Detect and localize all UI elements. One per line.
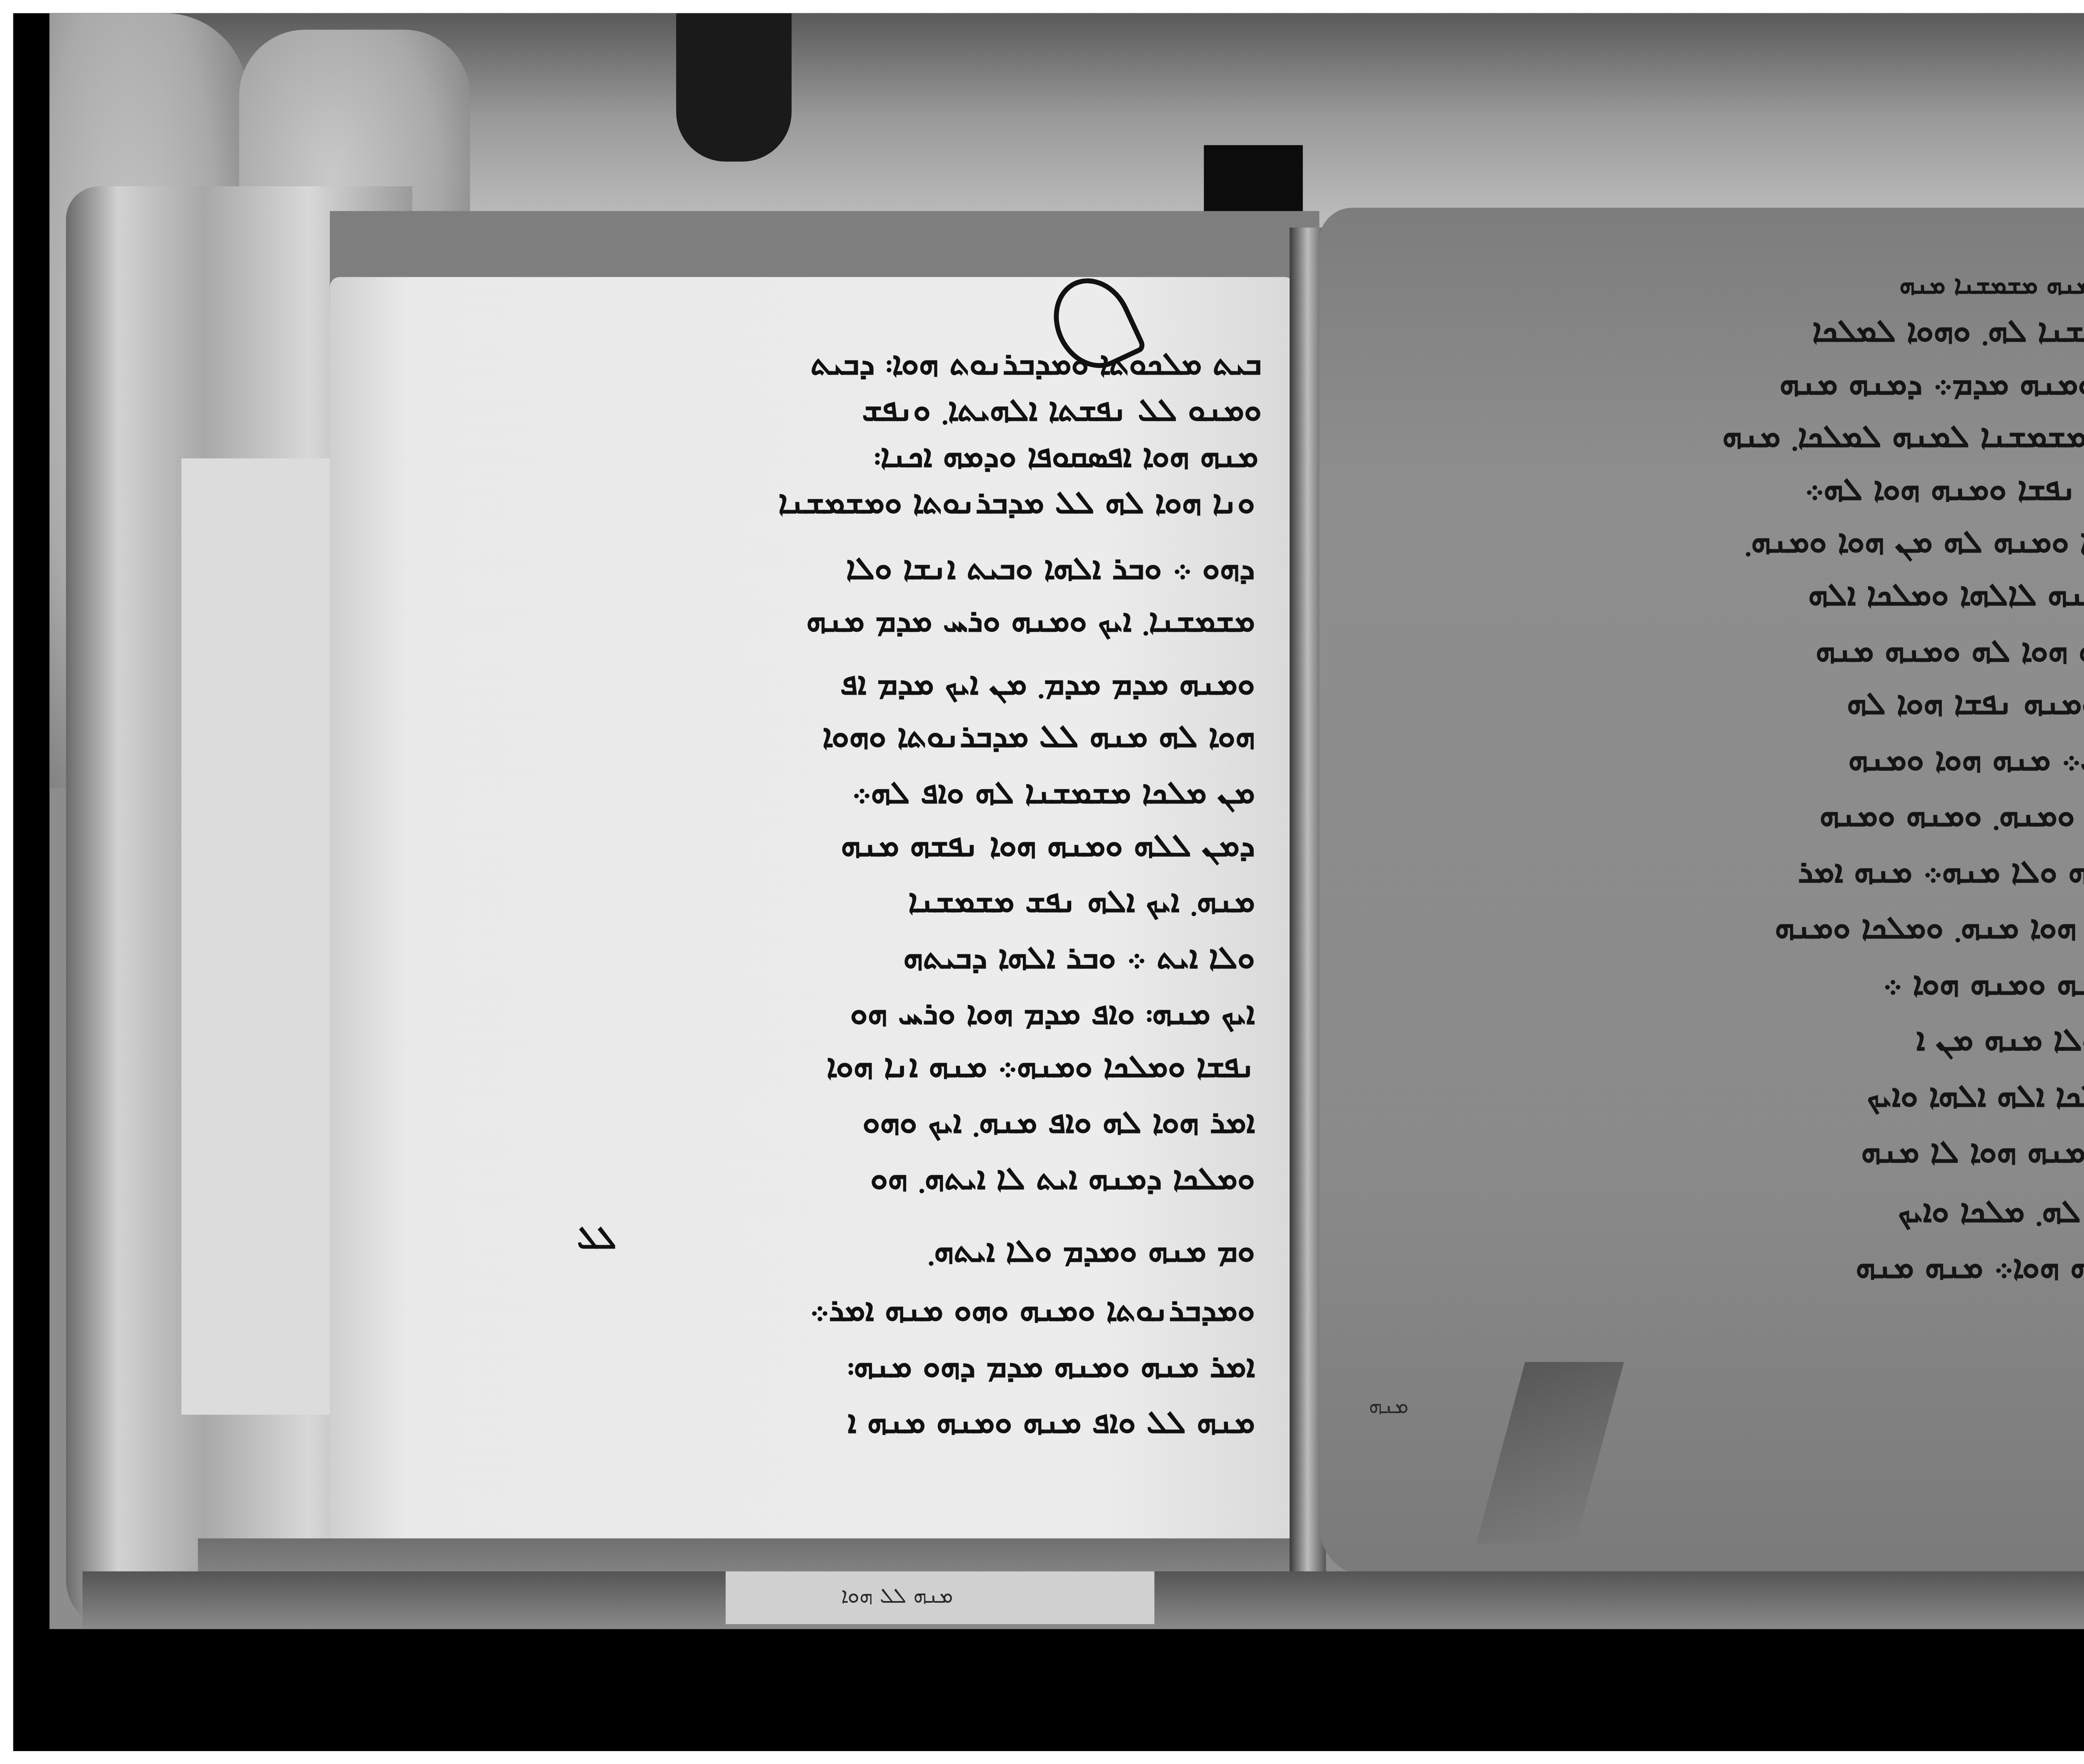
text-line: ܗܘܐ ܠܗ ܡܢܗ ܠܠ ܡܕܒܪܢܘܬܐ ܘܗܘܐ bbox=[822, 719, 1255, 755]
text-line: ܘܡܢܘ ܠܠ ܢܦܫܬܐ ܐܠܗܝܬܐ܂ ܘܢܦܫ bbox=[862, 393, 1262, 429]
background-dark-fold bbox=[676, 13, 792, 162]
text-line: ܘܡ ܡܢܗ ܘܡܕܡ ܘܠܐ ܐܝܬܗ܂ bbox=[928, 1234, 1255, 1270]
text-line: ܡܢܗ ܗܘܐ ܐܦܣܩܘܦܐ ܘܕܡܗ ܐܟܢܐ܃ bbox=[874, 438, 1258, 475]
text-line: ܡܢܗ ܡܫܡܫܢܐ ܠܗ܂ ܘܗܘܐ ܠܡܠܟܐ bbox=[1812, 313, 2084, 350]
text-line: ܠܗ ܗܘܐ ܡܢܗ ܠܐܠܗܐ ܘܡܠܟܐ ܐܠܗ bbox=[1808, 577, 2084, 613]
text-line: ܡܢ ܡܠܟܐ ܡܫܡܫܢܐ ܠܗ ܘܐܦ ܠܗ܀ bbox=[852, 775, 1255, 811]
text-line: ܘܡܢܗ ܡܢܗ ܘܠܐ ܡܢܗ܀ ܡܢܗ ܐܡܪ bbox=[1798, 854, 2084, 891]
text-line: ܘܡܢܗ ܠܠ ܗܘܐ ܡܢܗ܂ ܘܡܠܟܐ ܘܡܢܗ bbox=[1775, 910, 2084, 946]
photo-canvas: ܒܝܬ ܡܠܟܘܬܐ ܘܡܕܒܪܢܘܬ ܗܘܐ܃ ܕܒܝܬ ܘܡܢܘ ܠܠ ܢܦ… bbox=[0, 0, 2084, 1764]
text-line: ܐܘ ܠܗ ܠܠ ܢܦܫܐ ܘܡܢܗ ܗܘܐ ܠܗ܀ bbox=[1805, 472, 2084, 508]
text-line: ܡܢ ܠܗ ܡܢܗ ܘܡܢܗ ܗܘܐ ܀ bbox=[1883, 966, 2084, 1003]
text-line: ܒܝܬ ܡܠܟܘܬܐ ܘܡܕܒܪܢܘܬ ܗܘܐ܃ ܕܒܝܬ bbox=[810, 346, 1261, 383]
text-line: ܘܡܢܗ ܡܕܡ ܡܕܡ܂ ܡܢ ܐܝܟ ܡܕܡ ܐܦ bbox=[840, 666, 1255, 703]
text-line: ܘܡܠܟܐ ܕܡܢܗ ܐܝܬ ܠܐ ܐܝܬܗ܂ ܗܘ bbox=[870, 1161, 1255, 1197]
right-page: ܠܗ ܀ ܡܢܗ ܡܢܗ ܡܫܡܫܢܐ ܡܢܗ ܡܢܗ ܡܫܡܫܢܐ ܠܗ܂ ܘ… bbox=[1319, 208, 2084, 1576]
ink-smudge bbox=[1476, 1362, 1624, 1543]
text-line: ܘܗܘܐ ܗܘܐ ܠܗ܂ ܡܠܟܐ ܘܐܝܟ bbox=[1898, 1194, 2084, 1230]
text-line: ܡܢܗ ܡܢܗ ܘܡܢܗ܂ ܘܡܢܗ ܘܡܢܗ bbox=[1819, 798, 2084, 834]
text-line: ܡܢܗ܀ ܠܐ ܡܢܗ ܗܘܐ ܠܐ ܡܢܗ bbox=[1861, 1134, 2084, 1171]
text-line: ܐܡܪ ܡܢܗ ܘܡܢܗ ܡܕܡ ܕܗܘ ܡܢܗ܃ bbox=[847, 1349, 1255, 1385]
spine-label-text: ܡܢܗ ܠܠ ܗܘܐ bbox=[841, 1584, 953, 1609]
text-line: ܡܢܗ ܠܠ ܘܐܦ ܡܢܗ ܘܡܢܗ ܡܢܗ ܐ bbox=[847, 1405, 1255, 1441]
spine-label: ܡܢܗ ܠܠ ܗܘܐ bbox=[726, 1571, 1155, 1624]
text-line: ܐܝܟ ܡܢܗ܃ ܘܐܦ ܡܕܡ ܗܘܐ ܘܪܚ ܗܘ bbox=[850, 996, 1255, 1032]
left-bookmark-strip bbox=[181, 458, 330, 1415]
marginal-note: ܡܢܗ bbox=[1369, 1395, 1409, 1419]
text-line: ܗܘܐ܀ ܡܢܗ ܗܘܐ ܠܗ ܘܡܢܗ ܡܢܗ bbox=[1816, 633, 2084, 669]
text-line: ܘܡܢܗ܂ ܡܠܟܐ ܐܠܗ ܐܠܗܐ ܘܐܝܟ bbox=[1867, 1078, 2084, 1115]
text-line: ܕܡܢ ܠܠܗ ܘܡܢܗ ܗܘܐ ܢܦܫܗ ܡܢܗ bbox=[841, 828, 1255, 864]
left-page: ܒܝܬ ܡܠܟܘܬܐ ܘܡܕܒܪܢܘܬ ܗܘܐ܃ ܕܒܝܬ ܘܡܢܘ ܠܠ ܢܦ… bbox=[330, 277, 1295, 1547]
text-line: ܘܠܐ ܐܝܬ ܀ ܘܒܪ ܐܠܗܐ ܕܒܝܬܗ bbox=[903, 940, 1255, 976]
text-line: ܠܠ ܡܕܡ ܘܡܢܗ ܡܕܡ܀ ܕܡܢܗ ܡܢܗ bbox=[1780, 366, 2084, 402]
text-line: ܠܠ bbox=[577, 1220, 616, 1256]
text-line: ܢܦܫܐ ܘܡܠܟܐ ܘܡܢܗ܀ ܡܢܗ ܐܢܐ ܗܘܐ bbox=[827, 1048, 1255, 1085]
photograph: ܒܝܬ ܡܠܟܘܬܐ ܘܡܕܒܪܢܘܬ ܗܘܐ܃ ܕܒܝܬ ܘܡܢܘ ܠܠ ܢܦ… bbox=[50, 13, 2084, 1629]
text-line: ܡܫܡܫܢܐ܂ ܐܝܟ ܘܡܢܗ ܘܪܚ ܡܕܡ ܡܢܗ bbox=[807, 603, 1255, 640]
text-line: ܡܢܗ܂ ܐܝܟ ܐܠܗ ܢܦܫ ܡܫܡܫܢܐ bbox=[908, 884, 1255, 920]
text-line: ܐܝܬܘܗܝ܂ ܘܡܢܗ ܢܦܫܐ ܗܘܐ ܠܗ bbox=[1847, 686, 2084, 722]
text-line: ܐܡܪ ܗܘܐ ܘܠܐ ܡܢܗ ܡܢ ܐ bbox=[1916, 1022, 2084, 1058]
text-line: ܡܠܟܐ ܘܪܚ܀ ܡܢܗ ܗܘܐ ܘܡܢܗ bbox=[1849, 742, 2084, 778]
text-line: ܕܡܢܗ ܡܢܗ ܗܘܐ܀ ܡܢܗ ܡܢܗ bbox=[1856, 1250, 2084, 1286]
text-line: ܘܡܢܗ ܗܘܐ ܘܡܢܗ ܠܗ ܡܢ ܗܘܐ ܘܡܢܗ܂ bbox=[1745, 524, 2084, 560]
text-line: ܐܡܪ ܗܘܐ ܠܗ ܘܐܦ ܡܢܗ܂ ܐܝܟ ܘܗܘ bbox=[863, 1105, 1255, 1141]
text-line: ܡܢܗ ܗܘܐ ܡܫܡܫܢܐ ܠܡܢܗ ܠܡܠܟܐ܂ ܡܢܗ bbox=[1722, 419, 2084, 455]
text-line: ܠܗ ܀ ܡܢܗ ܡܢܗ ܡܫܡܫܢܐ ܡܢܗ bbox=[1899, 270, 2084, 300]
text-line: ܘܡܕܒܪܢܘܬܐ ܘܡܢܗ ܘܗܘ ܡܢܗ ܐܡܪ܀ bbox=[810, 1293, 1255, 1329]
text-line: ܕܗܘ ܀ ܘܒܪ ܐܠܗܐ ܘܒܝܬ ܐܢܫܐ ܘܠܐ bbox=[846, 551, 1255, 587]
text-line: ܘܢܐ ܗܘܐ ܠܗ ܠܠ ܡܕܒܪܢܘܬܐ ܘܡܫܡܫܢܐ bbox=[778, 485, 1255, 521]
